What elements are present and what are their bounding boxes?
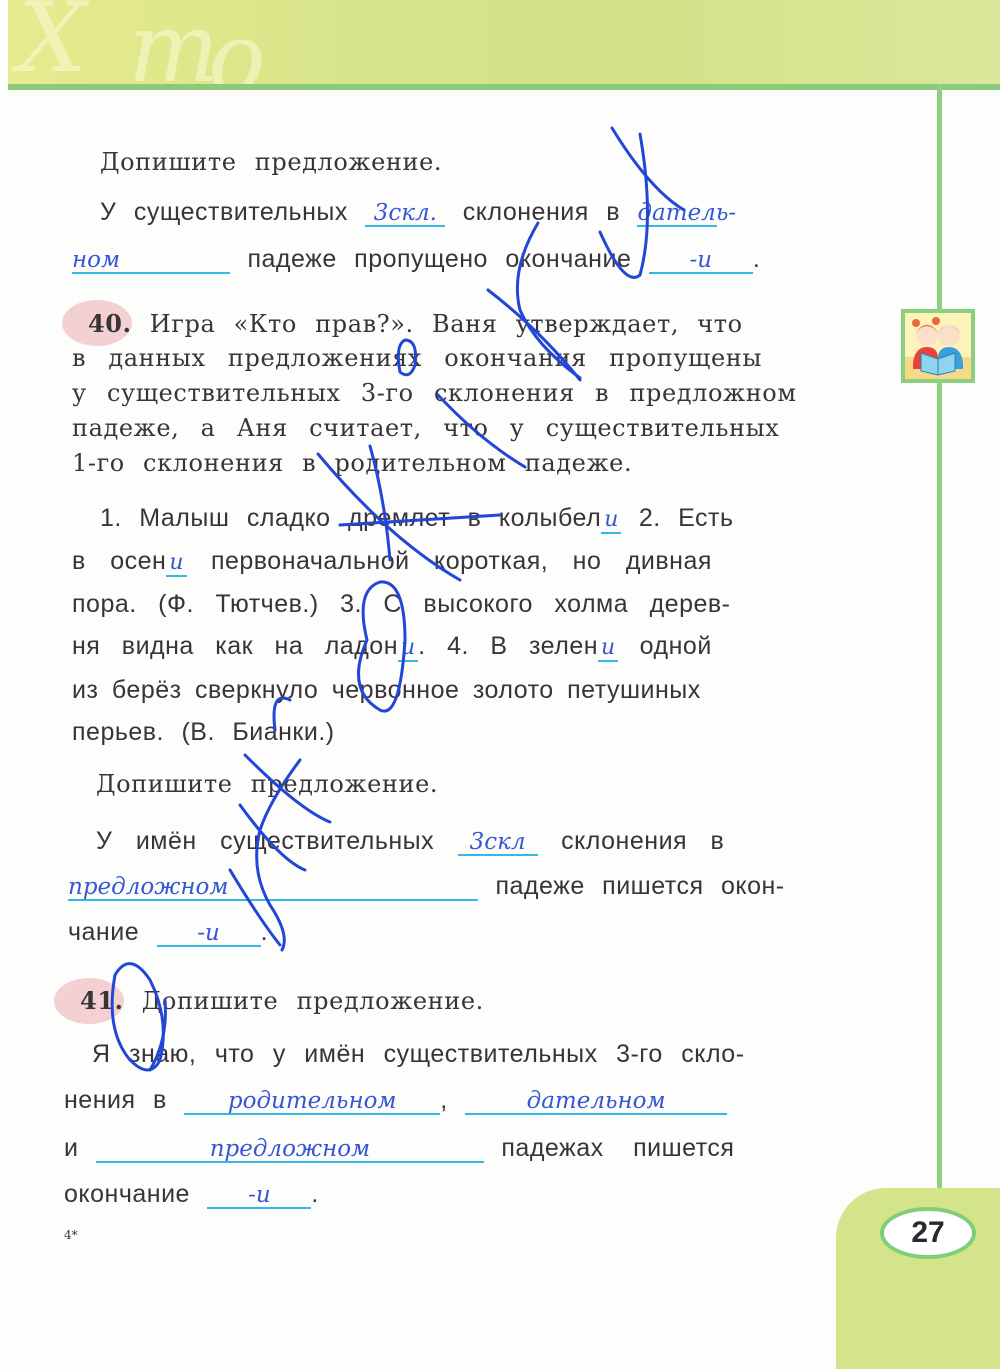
sentence-text: У существительных — [100, 198, 348, 226]
answer-field-declension[interactable]: 3скл — [458, 831, 538, 856]
decor-letter: т — [128, 0, 219, 84]
answer-field-case[interactable]: предложном — [68, 876, 478, 901]
sentence-text: нения в — [64, 1086, 167, 1114]
sentence-text: падежах пишется — [501, 1134, 734, 1162]
exercise-40-line-2: в данных предложениях окончания пропущен… — [72, 344, 762, 372]
sentence-text: падеже пропущено окончание — [247, 245, 631, 273]
text-fragment: первоначальной короткая, но дивная — [187, 547, 712, 575]
page-number: 27 — [880, 1207, 976, 1259]
text-line: ня видна как на ладони. 4. В зелени одно… — [72, 632, 712, 662]
fill-in-sentence-continued: ном падеже пропущено окончание -и. — [72, 245, 760, 274]
sentence-comma: , — [440, 1086, 447, 1114]
text-line: пора. (Ф. Тютчев.) 3. С высокого холма д… — [72, 590, 731, 619]
sentence-period: . — [753, 245, 760, 273]
text-fragment: 2. Есть — [621, 504, 733, 532]
sentence-text: У имён существительных — [96, 827, 434, 855]
text-fragment: в осен — [72, 547, 166, 575]
answer-field-declension[interactable]: 3скл. — [365, 202, 445, 227]
sentence-text: склонения в — [463, 198, 620, 226]
sentence-period: . — [261, 918, 268, 946]
margin-rule — [937, 84, 942, 1204]
decor-letter: о — [208, 10, 266, 84]
fill-in-sentence: У существительных 3скл. склонения в дате… — [100, 198, 717, 227]
text-line: перьев. (В. Бианки.) — [72, 718, 335, 747]
text-line: в осени первоначальной короткая, но дивн… — [72, 547, 712, 577]
sentence-text: склонения в — [561, 827, 724, 855]
answer-field-ending[interactable]: -и — [157, 922, 261, 947]
instruction-text: Допишите предложение. — [142, 987, 484, 1015]
instruction-text: Допишите предложение. — [100, 148, 442, 176]
fill-in-sentence-continued: нения в родительном, дательном — [64, 1086, 727, 1115]
answer-ending[interactable]: и — [598, 635, 618, 662]
answer-ending[interactable]: и — [166, 550, 186, 577]
sentence-text: и — [64, 1134, 78, 1162]
sentence-period: . — [311, 1180, 318, 1208]
exercise-text: Игра «Кто прав?». Ваня утверждает, что — [150, 310, 743, 338]
text-fragment: 1. Малыш сладко дремлет в колыбел — [100, 504, 601, 532]
sentence-text: падеже пишется окон- — [495, 872, 784, 900]
signature-mark: 4* — [64, 1228, 78, 1242]
text-fragment: одной — [618, 632, 712, 660]
decor-letter: Х — [18, 0, 86, 84]
answer-field-case-part1[interactable]: датель- — [637, 202, 717, 227]
answer-field-case-part2[interactable]: ном — [72, 249, 230, 274]
text-fragment: ня видна как на ладон — [72, 632, 398, 660]
exercise-41-heading: 41. Допишите предложение. — [80, 986, 484, 1015]
reading-children-icon — [901, 309, 975, 383]
answer-field-prepositional[interactable]: предложном — [96, 1138, 484, 1163]
header-decoration: Х т о — [8, 0, 308, 84]
answer-field-ending[interactable]: -и — [207, 1184, 311, 1209]
fill-in-sentence-continued: чание -и. — [68, 918, 268, 947]
exercise-number: 40. — [88, 309, 132, 338]
answer-ending[interactable]: и — [601, 507, 621, 534]
text-line: 1. Малыш сладко дремлет в колыбели 2. Ес… — [100, 504, 734, 534]
fill-in-sentence-continued: окончание -и. — [64, 1180, 319, 1209]
header-rule — [8, 84, 1000, 90]
exercise-number: 41. — [80, 986, 124, 1015]
text-line: из берёз сверкнуло червонное золото пету… — [72, 676, 701, 705]
sentence-text: окончание — [64, 1180, 190, 1208]
exercise-40-line-1: 40. Игра «Кто прав?». Ваня утверждает, ч… — [88, 309, 743, 338]
fill-in-sentence: Я знаю, что у имён существительных 3-го … — [92, 1040, 745, 1069]
exercise-40-line-5: 1-го склонения в родительном падеже. — [72, 449, 632, 477]
fill-in-sentence-continued: и предложном падежах пишется — [64, 1134, 734, 1163]
text-fragment: . 4. В зелен — [418, 632, 598, 660]
exercise-40-line-4: падеже, а Аня считает, что у существител… — [72, 414, 779, 442]
answer-field-genitive[interactable]: родительном — [184, 1090, 440, 1115]
instruction-text: Допишите предложение. — [96, 770, 438, 798]
fill-in-sentence: У имён существительных 3скл склонения в — [96, 827, 724, 856]
exercise-40-line-3: у существительных 3-го склонения в предл… — [72, 379, 797, 407]
answer-field-ending[interactable]: -и — [649, 249, 753, 274]
fill-in-sentence-continued: предложном падеже пишется окон- — [68, 872, 785, 901]
answer-field-dative[interactable]: дательном — [465, 1090, 727, 1115]
sentence-text: чание — [68, 918, 139, 946]
answer-ending[interactable]: и — [398, 635, 418, 662]
